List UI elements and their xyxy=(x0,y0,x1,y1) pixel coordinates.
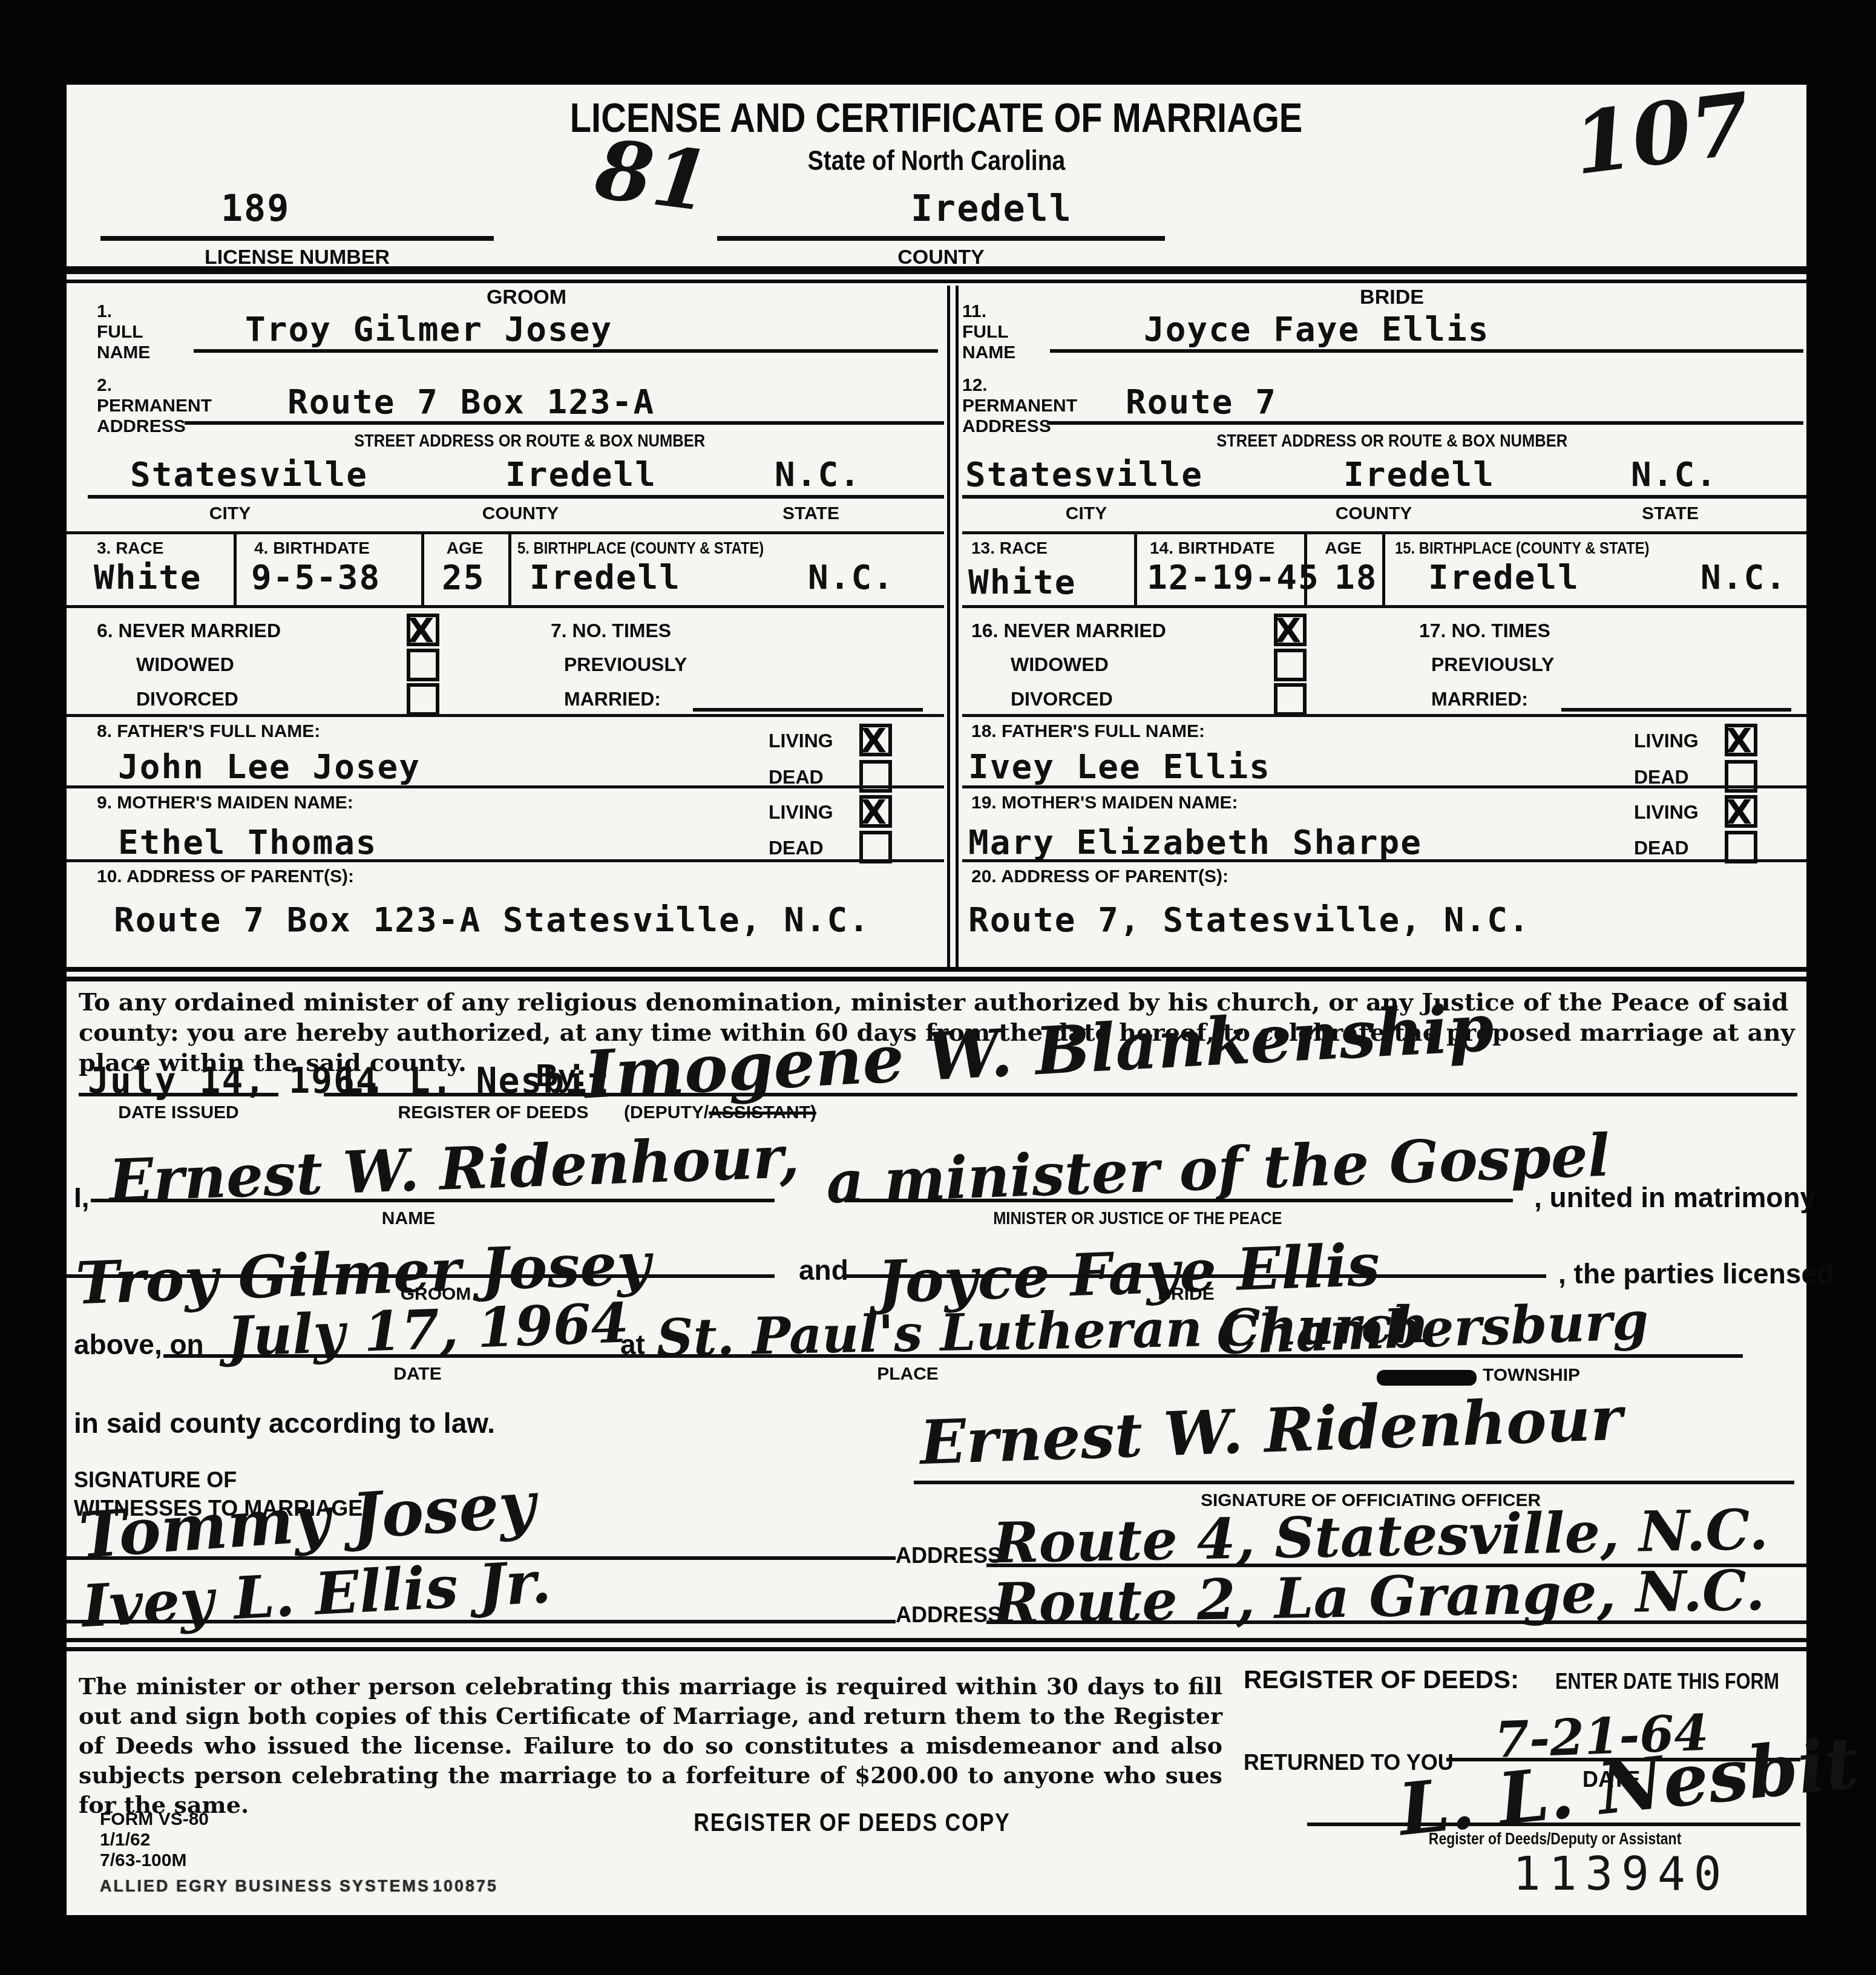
bride-married-label: MARRIED: xyxy=(1431,688,1528,710)
bride-age-value: 18 xyxy=(1334,558,1377,597)
groom-birthplace-label: 5. BIRTHPLACE (COUNTY & STATE) xyxy=(517,539,807,558)
marriage-date-label: DATE xyxy=(327,1364,508,1384)
by-label: By: xyxy=(536,1058,586,1094)
groom-race-value: White xyxy=(94,558,202,597)
bride-address-value: Route 7 xyxy=(1126,382,1277,422)
minister-name-label: NAME xyxy=(318,1208,499,1229)
bride-state-label: STATE xyxy=(1610,503,1731,524)
page-subtitle: State of North Carolina xyxy=(67,144,1806,177)
groom-father-living-checkbox xyxy=(859,724,892,756)
bride-address-label: PERMANENT ADDRESS xyxy=(962,396,1083,437)
bride-race-row-bottom-rule xyxy=(962,605,1806,608)
section-divider-top xyxy=(67,266,1806,283)
groom-divorced-label: DIVORCED xyxy=(136,688,238,710)
groom-section-label: GROOM xyxy=(405,286,648,309)
groom-birthplace-county-value: Iredell xyxy=(530,558,681,597)
groom-race-divider xyxy=(234,531,237,607)
groom-race-row-bottom-rule xyxy=(67,605,944,608)
bride-birthplace-county-value: Iredell xyxy=(1428,558,1579,597)
bride-city-label: CITY xyxy=(1026,503,1147,524)
bride-address-num: 12. xyxy=(962,375,988,396)
groom-previously-label: PREVIOUSLY xyxy=(564,653,687,676)
section-divider-footer xyxy=(67,1638,1806,1651)
bride-birthdate-value: 12-19-45 xyxy=(1147,558,1320,597)
page-title: LICENSE AND CERTIFICATE OF MARRIAGE xyxy=(67,94,1806,142)
bride-county-label: COUNTY xyxy=(1313,503,1434,524)
groom-age-label: AGE xyxy=(421,539,508,558)
form-print-run: 7/63-100M xyxy=(100,1850,186,1871)
bride-parents-rule xyxy=(962,859,1806,862)
bride-street-label: STREET ADDRESS OR ROUTE & BOX NUMBER xyxy=(1141,431,1643,451)
certificate-page: LICENSE AND CERTIFICATE OF MARRIAGE Stat… xyxy=(67,85,1806,1915)
minister-title-line xyxy=(844,1199,1513,1202)
bride-section-label: BRIDE xyxy=(1271,286,1513,309)
minister-name-line xyxy=(91,1199,775,1202)
date-issued-line xyxy=(79,1093,278,1096)
marriage-place-label: PLACE xyxy=(817,1364,999,1384)
bride-widowed-checkbox xyxy=(1274,649,1307,681)
bride-mother-value: Mary Elizabeth Sharpe xyxy=(968,823,1422,862)
date-issued-label: DATE ISSUED xyxy=(79,1102,278,1123)
bride-mother-living-label: LIVING xyxy=(1634,801,1699,824)
bride-father-label: 18. FATHER'S FULL NAME: xyxy=(971,721,1205,742)
bride-previously-label: PREVIOUSLY xyxy=(1431,653,1554,676)
copy-type-label: REGISTER OF DEEDS COPY xyxy=(666,1808,1005,1837)
groom-fullname-value: Troy Gilmer Josey xyxy=(245,310,612,349)
bride-mother-dead-checkbox xyxy=(1725,831,1757,863)
bride-fullname-value: Joyce Faye Ellis xyxy=(1144,310,1489,349)
bride-race-label: 13. RACE xyxy=(971,539,1048,558)
groom-parents-rule xyxy=(67,859,944,862)
bride-fullname-num: 11. xyxy=(962,301,986,322)
printer-imprint: ALLIED EGRY BUSINESS SYSTEMS xyxy=(100,1877,430,1896)
bride-fullname-label: FULL NAME xyxy=(962,322,1053,363)
bride-county-value: Iredell xyxy=(1343,455,1495,494)
bride-mother-dead-label: DEAD xyxy=(1634,837,1689,859)
bride-never-married-label: 16. NEVER MARRIED xyxy=(971,620,1166,642)
groom-city-line xyxy=(88,495,944,499)
groom-mother-living-label: LIVING xyxy=(769,801,833,824)
groom-mother-living-checkbox xyxy=(859,795,892,828)
form-date: 1/1/62 xyxy=(100,1830,150,1850)
bride-widowed-label: WIDOWED xyxy=(1011,653,1109,676)
bride-mother-living-checkbox xyxy=(1725,795,1757,828)
groom-mother-dead-label: DEAD xyxy=(769,837,824,859)
witness-address-line xyxy=(986,1620,1806,1624)
groom-city-value: Statesville xyxy=(130,455,368,494)
groom-never-married-checkbox xyxy=(407,614,439,646)
bride-father-rule xyxy=(962,714,1806,717)
rod-heading-2: ENTER DATE THIS FORM xyxy=(1555,1669,1819,1694)
column-divider xyxy=(947,286,959,968)
bride-race-value: White xyxy=(968,563,1077,602)
bride-city-value: Statesville xyxy=(965,455,1203,494)
groom-street-label: STREET ADDRESS OR ROUTE & BOX NUMBER xyxy=(278,431,781,451)
bride-parents-label: 20. ADDRESS OF PARENT(S): xyxy=(971,866,1228,887)
groom-address-value: Route 7 Box 123-A xyxy=(287,382,655,422)
bride-birthdate-label: 14. BIRTHDATE xyxy=(1150,539,1274,558)
and-label: and xyxy=(799,1254,848,1286)
marriage-date-place-line xyxy=(163,1354,1743,1358)
groom-birthplace-state-value: N.C. xyxy=(808,558,894,597)
bride-divorced-label: DIVORCED xyxy=(1011,688,1113,710)
certificate-serial-number: 113940 xyxy=(1513,1847,1730,1901)
groom-age-value: 25 xyxy=(442,558,485,597)
groom-never-married-label: 6. NEVER MARRIED xyxy=(97,620,281,642)
bride-age-label: AGE xyxy=(1304,539,1382,558)
bride-divorced-checkbox xyxy=(1274,683,1307,716)
section-divider-authorization xyxy=(67,967,1806,981)
groom-times-label: 7. NO. TIMES xyxy=(551,620,671,642)
bride-parents-value: Route 7, Statesville, N.C. xyxy=(968,900,1530,940)
bride-race-divider xyxy=(1134,531,1137,607)
according-to-law-text: in said county according to law. xyxy=(74,1407,495,1439)
bride-mother-label: 19. MOTHER'S MAIDEN NAME: xyxy=(971,793,1238,813)
form-number: FORM VS-80 xyxy=(100,1809,209,1830)
license-number-value: 189 xyxy=(221,188,290,230)
groom-signature-line xyxy=(67,1274,775,1278)
officiant-signature-line xyxy=(914,1481,1794,1484)
groom-address-label: PERMANENT ADDRESS xyxy=(97,396,218,437)
groom-address-line xyxy=(185,421,944,425)
minister-notice-text: The minister or other person celebrating… xyxy=(79,1671,1222,1819)
printer-code: 100875 xyxy=(433,1877,498,1896)
united-in-matrimony-text: , united in matrimony xyxy=(1534,1181,1815,1214)
bride-mother-rule xyxy=(962,785,1806,788)
groom-times-line xyxy=(693,708,923,712)
groom-city-label: CITY xyxy=(169,503,290,524)
groom-birthdate-value: 9-5-38 xyxy=(251,558,381,597)
groom-father-value: John Lee Josey xyxy=(118,747,421,787)
groom-parents-value: Route 7 Box 123-A Statesville, N.C. xyxy=(114,900,870,940)
groom-father-rule xyxy=(67,714,944,717)
groom-divorced-checkbox xyxy=(407,683,439,716)
bride-father-living-label: LIVING xyxy=(1634,730,1699,752)
groom-county-label: COUNTY xyxy=(460,503,581,524)
groom-married-label: MARRIED: xyxy=(564,688,661,710)
groom-mother-dead-checkbox xyxy=(859,831,892,863)
county-value: Iredell xyxy=(911,188,1072,230)
bride-city-line xyxy=(962,495,1806,499)
bride-birthplace-state-value: N.C. xyxy=(1701,558,1787,597)
bride-age-divider xyxy=(1382,531,1385,607)
scanned-marriage-certificate: { "scan": { "page_number_top_left": "81"… xyxy=(0,0,1876,1975)
bride-address-line xyxy=(1047,421,1803,425)
groom-mother-rule xyxy=(67,785,944,788)
county-line xyxy=(717,236,1165,241)
groom-state-value: N.C. xyxy=(775,455,861,494)
witness-2-line xyxy=(67,1620,896,1623)
license-number-line xyxy=(100,236,494,241)
minister-title-label: MINISTER OR JUSTICE OF THE PEACE xyxy=(956,1208,1319,1229)
groom-race-label: 3. RACE xyxy=(97,539,163,558)
groom-state-label: STATE xyxy=(750,503,871,524)
groom-mother-label: 9. MOTHER'S MAIDEN NAME: xyxy=(97,793,353,813)
bride-signature-line xyxy=(844,1274,1546,1278)
bride-father-living-checkbox xyxy=(1725,724,1757,756)
township-label: TOWNSHIP xyxy=(1483,1365,1580,1386)
bride-times-label: 17. NO. TIMES xyxy=(1419,620,1550,642)
handwritten-page-number-81: 81 xyxy=(591,120,715,230)
deputy-signature-line xyxy=(608,1093,1797,1096)
deputy-label: (DEPUTY/ASSISTANT) xyxy=(599,1102,841,1123)
certification-i-label: I, xyxy=(74,1181,90,1214)
bride-father-value: Ivey Lee Ellis xyxy=(968,747,1271,787)
city-or-strikeout-mark xyxy=(1377,1370,1477,1386)
groom-fullname-label: FULL NAME xyxy=(97,322,188,363)
groom-birthdate-label: 4. BIRTHDATE xyxy=(254,539,370,558)
bride-never-married-checkbox xyxy=(1274,614,1307,646)
groom-fullname-num: 1. xyxy=(97,301,112,322)
bride-times-line xyxy=(1561,708,1791,712)
bride-birthplace-label: 15. BIRTHPLACE (COUNTY & STATE) xyxy=(1395,539,1694,558)
parties-licensed-text: , the parties licensed xyxy=(1558,1257,1834,1290)
bride-fullname-line xyxy=(1050,349,1803,353)
groom-parents-label: 10. ADDRESS OF PARENT(S): xyxy=(97,866,354,887)
bride-state-value: N.C. xyxy=(1631,455,1717,494)
groom-race-row-top-rule xyxy=(67,531,944,534)
groom-county-value: Iredell xyxy=(505,455,657,494)
groom-mother-value: Ethel Thomas xyxy=(118,823,378,862)
groom-father-label: 8. FATHER'S FULL NAME: xyxy=(97,721,320,742)
groom-widowed-label: WIDOWED xyxy=(136,653,234,676)
rod-heading: REGISTER OF DEEDS: xyxy=(1244,1665,1519,1694)
groom-address-num: 2. xyxy=(97,375,112,396)
groom-fullname-line xyxy=(194,349,938,353)
groom-father-living-label: LIVING xyxy=(769,730,833,752)
groom-age-divider xyxy=(508,531,511,607)
groom-widowed-checkbox xyxy=(407,649,439,681)
witness-address-handwritten: Route 2, La Grange, N.C. xyxy=(992,1557,1765,1636)
officiant-signature-handwritten: Ernest W. Ridenhour xyxy=(919,1383,1623,1478)
